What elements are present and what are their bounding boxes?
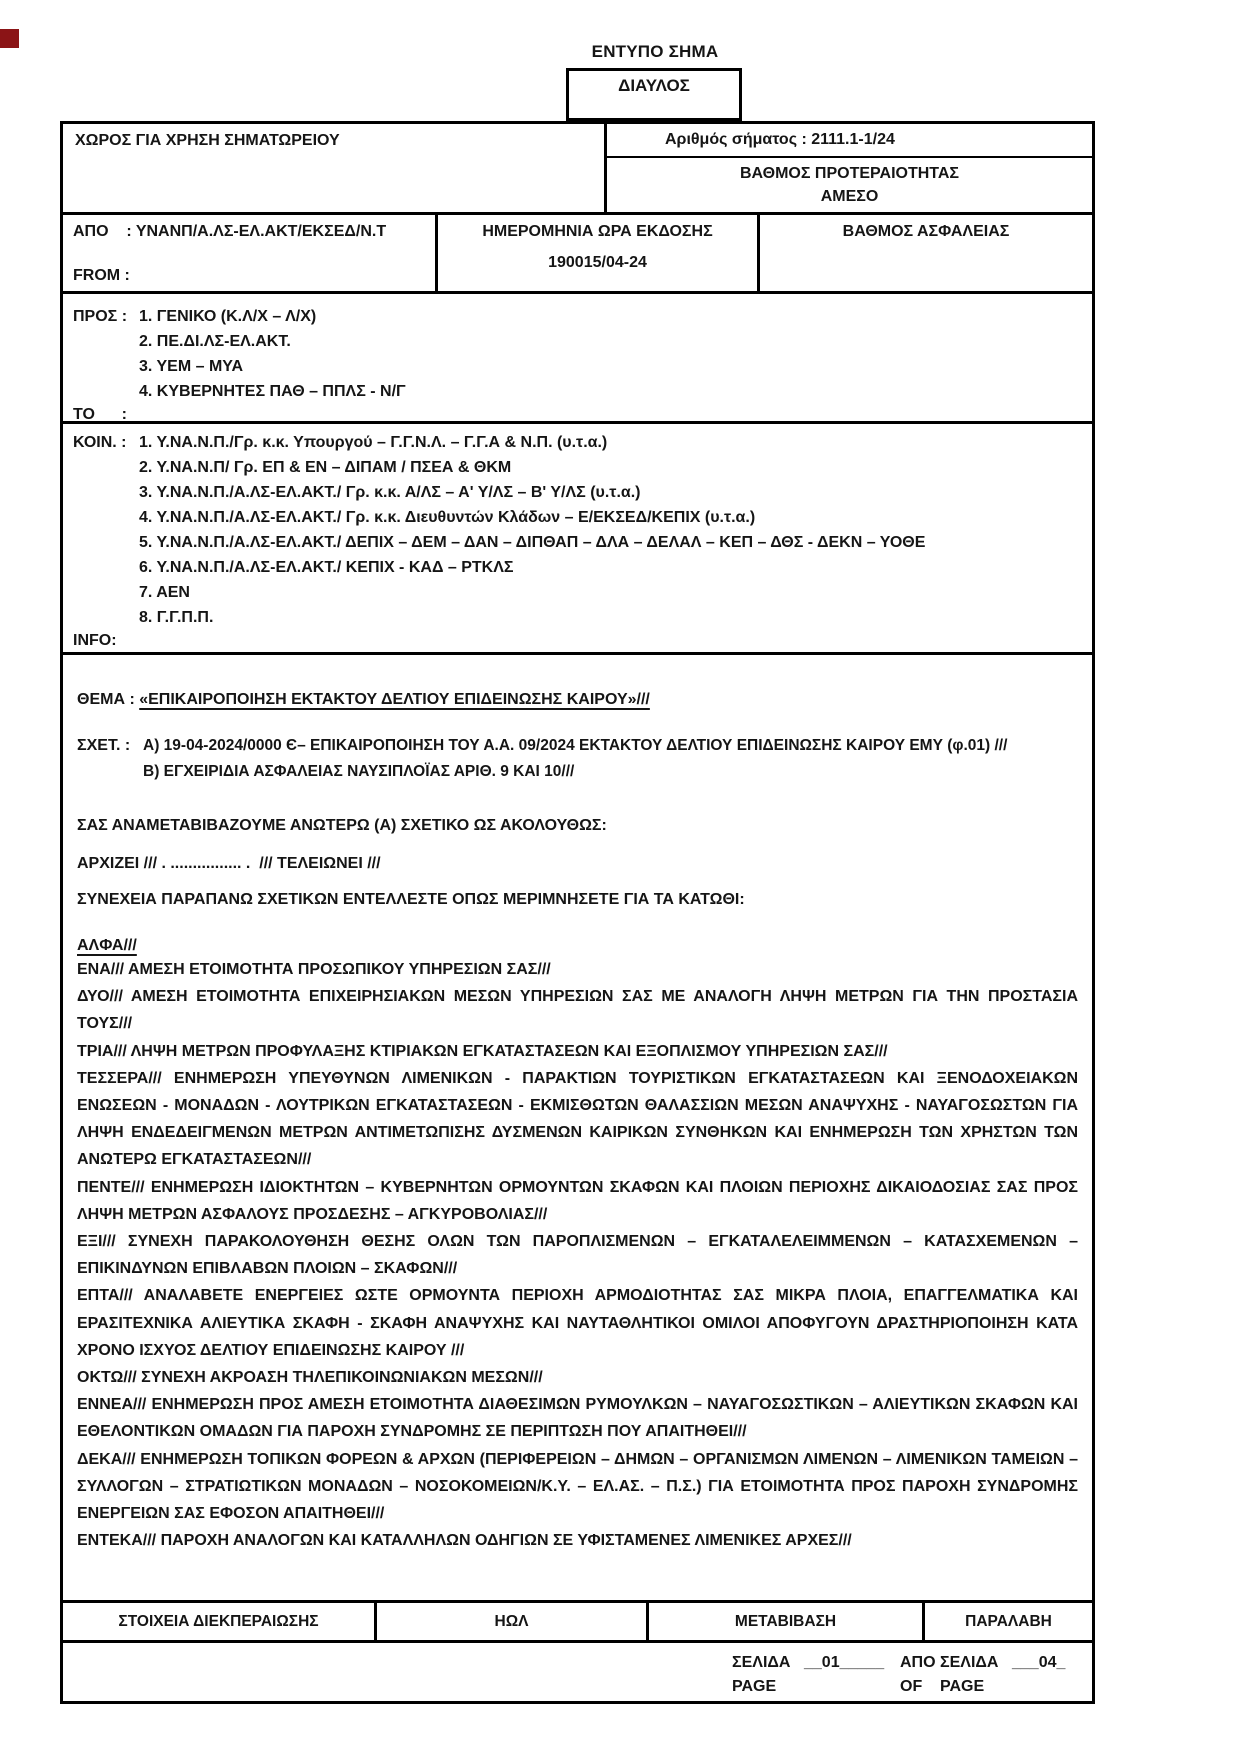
to-item: 2. ΠΕ.ΔΙ.ΛΣ-ΕΛ.ΑΚΤ. <box>139 329 406 354</box>
dispatch-col-details: ΣΤΟΙΧΕΙΑ ΔΙΕΚΠΕΡΑΙΩΣΗΣ <box>63 1603 377 1640</box>
dispatch-col-receive: ΠΑΡΑΛΑΒΗ <box>925 1603 1092 1640</box>
to-item: 1. ΓΕΝΙΚΟ (Κ.Λ/Χ – Λ/Χ) <box>139 304 406 329</box>
paragraph-ennea: ΕΝΝΕΑ/// ΕΝΗΜΕΡΩΣΗ ΠΡΟΣ ΑΜΕΣΗ ΕΤΟΙΜΟΤΗΤΑ… <box>77 1391 1078 1445</box>
paragraph-okto: ΟΚΤΩ/// ΣΥΝΕΧΗ ΑΚΡΟΑΣΗ ΤΗΛΕΠΙΚΟΙΝΩΝΙΑΚΩΝ… <box>77 1364 1078 1391</box>
of-page-label-en: OF PAGE <box>900 1675 1012 1699</box>
to-items: 1. ΓΕΝΙΚΟ (Κ.Λ/Χ – Λ/Χ) 2. ΠΕ.ΔΙ.ΛΣ-ΕΛ.Α… <box>139 304 406 404</box>
paragraph-tessera: ΤΕΣΣΕΡΑ/// ΕΝΗΜΕΡΩΣΗ ΥΠΕΥΘΥΝΩΝ ΛΙΜΕΝΙΚΩΝ… <box>77 1065 1078 1174</box>
paragraph-deka: ΔΕΚΑ/// ΕΝΗΜΕΡΩΣΗ ΤΟΠΙΚΩΝ ΦΟΡΕΩΝ & ΑΡΧΩΝ… <box>77 1446 1078 1528</box>
cc-label-en: INFO: <box>73 630 1082 652</box>
page-number-row: ΣΕΛΙΔΑ __01_____ ΑΠΟ ΣΕΛΙΔΑ ___04_ PAGE … <box>63 1643 1092 1701</box>
signal-station-label: ΧΩΡΟΣ ΓΙΑ ΧΡΗΣΗ ΣΗΜΑΤΩΡΕΙΟΥ <box>75 132 340 149</box>
paragraph-tria: ΤΡΙΑ/// ΛΗΨΗ ΜΕΤΡΩΝ ΠΡΟΦΥΛΑΞΗΣ ΚΤΙΡΙΑΚΩΝ… <box>77 1038 1078 1065</box>
header-row-2: ΑΠΟ : ΥΝΑΝΠ/Α.ΛΣ-ΕΛ.ΑΚΤ/ΕΚΣΕΔ/Ν.Τ FROM :… <box>63 215 1092 294</box>
dispatch-col-transmit: ΜΕΤΑΒΙΒΑΣΗ <box>649 1603 925 1640</box>
cc-item: 2. Υ.ΝΑ.Ν.Π/ Γρ. ΕΠ & ΕΝ – ΔΙΠΑΜ / ΠΣΕΑ … <box>139 455 925 480</box>
form-title: ΕΝΤΥΠΟ ΣΗΜΑ <box>500 42 810 62</box>
scanned-signal-form: ΕΝΤΥΠΟ ΣΗΜΑ ΔΙΑΥΛΟΣ ΧΩΡΟΣ ΓΙΑ ΧΡΗΣΗ ΣΗΜΑ… <box>0 0 1239 1754</box>
red-corner-mark <box>0 29 19 48</box>
to-label-en: ΤΟ : <box>73 404 1082 426</box>
paragraph-epta: ΕΠΤΑ/// ΑΝΑΛΑΒΕΤΕ ΕΝΕΡΓΕΙΕΣ ΩΣΤΕ ΟΡΜΟΥΝΤ… <box>77 1282 1078 1364</box>
to-item: 3. ΥΕΜ – ΜΥΑ <box>139 354 406 379</box>
reference-item: Α) 19-04-2024/0000 Є– ΕΠΙΚΑΙΡΟΠΟΙΗΣΗ ΤΟΥ… <box>143 733 1007 759</box>
page-label: ΣΕΛΙΔΑ <box>732 1651 804 1675</box>
header-right-cell: Αριθμός σήματος : 2111.1-1/24 ΒΑΘΜΟΣ ΠΡΟ… <box>607 124 1092 212</box>
subject-label: ΘΕΜΑ : <box>77 691 139 708</box>
subject-line: ΘΕΜΑ : «ΕΠΙΚΑΙΡΟΠΟΙΗΣΗ ΕΚΤΑΚΤΟΥ ΔΕΛΤΙΟΥ … <box>77 687 1078 713</box>
datetime-cell: ΗΜΕΡΟΜΗΝΙΑ ΩΡΑ ΕΚΔΟΣΗΣ 190015/04-24 <box>438 215 760 291</box>
page-info-block: ΣΕΛΙΔΑ __01_____ ΑΠΟ ΣΕΛΙΔΑ ___04_ PAGE … <box>732 1651 1082 1699</box>
message-body: ΘΕΜΑ : «ΕΠΙΚΑΙΡΟΠΟΙΗΣΗ ΕΚΤΑΚΤΟΥ ΔΕΛΤΙΟΥ … <box>63 655 1092 1603</box>
cc-item: 8. Γ.Γ.Π.Π. <box>139 605 925 630</box>
security-label: ΒΑΘΜΟΣ ΑΣΦΑΛΕΙΑΣ <box>843 223 1010 240</box>
signal-form-table: ΧΩΡΟΣ ΓΙΑ ΧΡΗΣΗ ΣΗΜΑΤΩΡΕΙΟΥ Αριθμός σήμα… <box>60 121 1095 1704</box>
priority-cell: ΒΑΘΜΟΣ ΠΡΟΤΕΡΑΙΟΤΗΤΑΣ ΑΜΕΣΟ <box>607 158 1092 212</box>
subject-value: «ΕΠΙΚΑΙΡΟΠΟΙΗΣΗ ΕΚΤΑΚΤΟΥ ΔΕΛΤΙΟΥ ΕΠΙΔΕΙΝ… <box>139 691 650 708</box>
references-items: Α) 19-04-2024/0000 Є– ΕΠΙΚΑΙΡΟΠΟΙΗΣΗ ΤΟΥ… <box>143 733 1007 785</box>
cc-items: 1. Υ.ΝΑ.Ν.Π./Γρ. κ.κ. Υπουργού – Γ.Γ.Ν.Λ… <box>139 430 925 630</box>
cc-item: 5. Υ.ΝΑ.Ν.Π./Α.ΛΣ-ΕΛ.ΑΚΤ./ ΔΕΠΙΧ – ΔΕΜ –… <box>139 530 925 555</box>
cc-item: 7. ΑΕΝ <box>139 580 925 605</box>
signal-number: Αριθμός σήματος : 2111.1-1/24 <box>607 124 1092 158</box>
channel-box: ΔΙΑΥΛΟΣ <box>566 68 742 121</box>
cc-item: 6. Υ.ΝΑ.Ν.Π./Α.ΛΣ-ΕΛ.ΑΚΤ./ ΚΕΠΙΧ - ΚΑΔ –… <box>139 555 925 580</box>
datetime-value: 190015/04-24 <box>438 254 757 272</box>
reference-item: Β) ΕΓΧΕΙΡΙΔΙΑ ΑΣΦΑΛΕΙΑΣ ΝΑΥΣΙΠΛΟΪΑΣ ΑΡΙΘ… <box>143 759 1007 785</box>
references-block: ΣΧΕΤ. : Α) 19-04-2024/0000 Є– ΕΠΙΚΑΙΡΟΠΟ… <box>77 733 1078 785</box>
dispatch-table-header: ΣΤΟΙΧΕΙΑ ΔΙΕΚΠΕΡΑΙΩΣΗΣ ΗΩΛ ΜΕΤΑΒΙΒΑΣΗ ΠΑ… <box>63 1603 1092 1643</box>
dispatch-col-hol: ΗΩΛ <box>377 1603 649 1640</box>
instructions-intro-line: ΣΥΝΕΧΕΙΑ ΠΑΡΑΠΑΝΩ ΣΧΕΤΙΚΩΝ ΕΝΤΕΛΛΕΣΤΕ ΟΠ… <box>77 891 1078 909</box>
paragraph-ena: ΕΝΑ/// ΑΜΕΣΗ ΕΤΟΙΜΟΤΗΤΑ ΠΡΟΣΩΠΙΚΟΥ ΥΠΗΡΕ… <box>77 956 1078 983</box>
references-label: ΣΧΕΤ. : <box>77 733 143 785</box>
paragraph-dyo: ΔΥΟ/// ΑΜΕΣΗ ΕΤΟΙΜΟΤΗΤΑ ΕΠΙΧΕΙΡΗΣΙΑΚΩΝ Μ… <box>77 983 1078 1037</box>
cc-item: 4. Υ.ΝΑ.Ν.Π./Α.ΛΣ-ΕΛ.ΑΚΤ./ Γρ. κ.κ. Διευ… <box>139 505 925 530</box>
of-page-value: ___04_ <box>1012 1651 1082 1675</box>
begins-ends-line: ΑΡΧΙΖΕΙ /// . ................ . /// ΤΕΛ… <box>77 855 1078 873</box>
alpha-heading: ΑΛΦΑ/// <box>77 937 1078 955</box>
paragraph-enteka: ΕΝΤΕΚΑ/// ΠΑΡΟΧΗ ΑΝΑΛΟΓΩΝ ΚΑΙ ΚΑΤΑΛΛΗΛΩΝ… <box>77 1527 1078 1554</box>
cc-item: 1. Υ.ΝΑ.Ν.Π./Γρ. κ.κ. Υπουργού – Γ.Γ.Ν.Λ… <box>139 430 925 455</box>
instruction-paragraphs: ΕΝΑ/// ΑΜΕΣΗ ΕΤΟΙΜΟΤΗΤΑ ΠΡΟΣΩΠΙΚΟΥ ΥΠΗΡΕ… <box>77 956 1078 1554</box>
from-cell: ΑΠΟ : ΥΝΑΝΠ/Α.ΛΣ-ΕΛ.ΑΚΤ/ΕΚΣΕΔ/Ν.Τ FROM : <box>63 215 438 291</box>
paragraph-pente: ΠΕΝΤΕ/// ΕΝΗΜΕΡΩΣΗ ΙΔΙΟΚΤΗΤΩΝ – ΚΥΒΕΡΝΗΤ… <box>77 1174 1078 1228</box>
channel-box-label: ΔΙΑΥΛΟΣ <box>618 76 690 95</box>
signal-station-cell: ΧΩΡΟΣ ΓΙΑ ΧΡΗΣΗ ΣΗΜΑΤΩΡΕΙΟΥ <box>63 124 607 212</box>
header-row-1: ΧΩΡΟΣ ΓΙΑ ΧΡΗΣΗ ΣΗΜΑΤΩΡΕΙΟΥ Αριθμός σήμα… <box>63 124 1092 215</box>
of-page-label: ΑΠΟ ΣΕΛΙΔΑ <box>900 1651 1012 1675</box>
paragraph-exi: ΕΞΙ/// ΣΥΝΕΧΗ ΠΑΡΑΚΟΛΟΥΘΗΣΗ ΘΕΣΗΣ ΟΛΩΝ Τ… <box>77 1228 1078 1282</box>
to-item: 4. ΚΥΒΕΡΝΗΤΕΣ ΠΑΘ – ΠΠΛΣ - Ν/Γ <box>139 379 406 404</box>
retransmit-line: ΣΑΣ ΑΝΑΜΕΤΑΒΙΒΑΖΟΥΜΕ ΑΝΩΤΕΡΩ (Α) ΣΧΕΤΙΚΟ… <box>77 817 1078 835</box>
cc-label: ΚΟΙΝ. : <box>73 430 139 455</box>
security-cell: ΒΑΘΜΟΣ ΑΣΦΑΛΕΙΑΣ <box>760 215 1092 291</box>
cc-item: 3. Υ.ΝΑ.Ν.Π./Α.ΛΣ-ΕΛ.ΑΚΤ./ Γρ. κ.κ. Α/ΛΣ… <box>139 480 925 505</box>
from-line: ΑΠΟ : ΥΝΑΝΠ/Α.ΛΣ-ΕΛ.ΑΚΤ/ΕΚΣΕΔ/Ν.Τ <box>73 223 425 241</box>
from-label-en: FROM : <box>73 267 425 285</box>
cc-section: ΚΟΙΝ. : 1. Υ.ΝΑ.Ν.Π./Γρ. κ.κ. Υπουργού –… <box>63 424 1092 655</box>
to-label: ΠΡΟΣ : <box>73 304 139 329</box>
priority-label: ΒΑΘΜΟΣ ΠΡΟΤΕΡΑΙΟΤΗΤΑΣ <box>607 162 1092 186</box>
priority-value: ΑΜΕΣΟ <box>607 186 1092 208</box>
datetime-label: ΗΜΕΡΟΜΗΝΙΑ ΩΡΑ ΕΚΔΟΣΗΣ <box>438 223 757 241</box>
to-section: ΠΡΟΣ : 1. ΓΕΝΙΚΟ (Κ.Λ/Χ – Λ/Χ) 2. ΠΕ.ΔΙ.… <box>63 294 1092 424</box>
page-label-en: PAGE <box>732 1675 804 1699</box>
page-value: __01_____ <box>804 1651 900 1675</box>
